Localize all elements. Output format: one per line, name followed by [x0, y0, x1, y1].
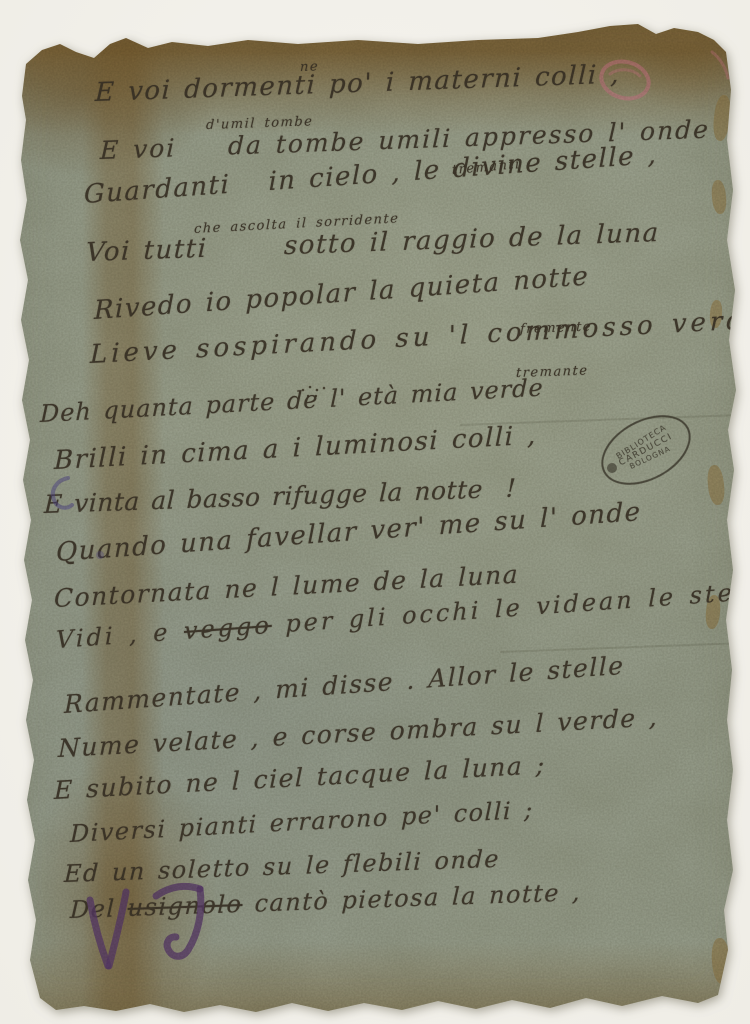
- paper-sheet: neE voi dormenti po' i materni colli ,d'…: [0, 0, 750, 1024]
- manuscript-page: neE voi dormenti po' i materni colli ,d'…: [0, 0, 750, 1024]
- line-text: Del: [70, 894, 129, 924]
- struck-word: usignolo: [127, 890, 243, 922]
- scanner-background: neE voi dormenti po' i materni colli ,d'…: [0, 0, 750, 1024]
